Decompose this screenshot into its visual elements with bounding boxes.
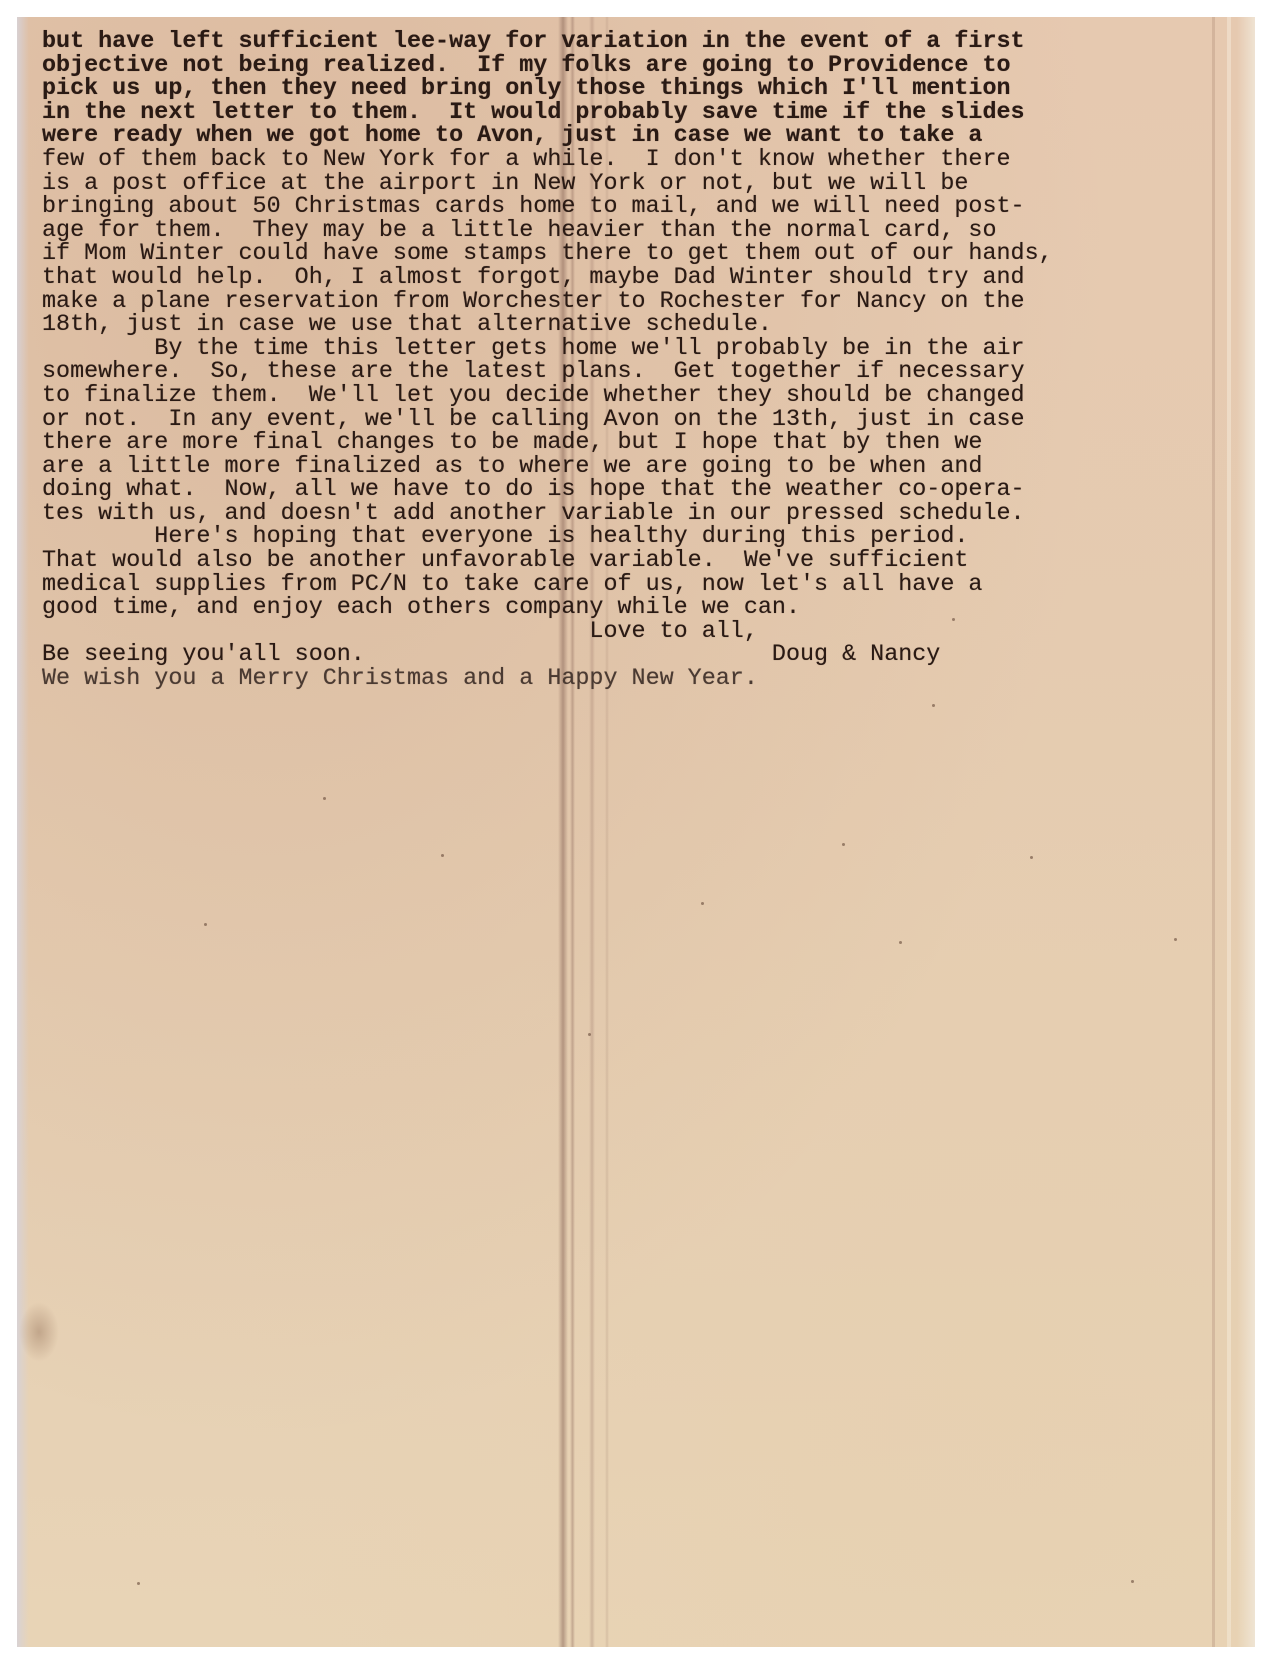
paragraph-start-line: By the time this letter gets home we'll … bbox=[42, 338, 1053, 362]
paragraph-start-line: Here's hoping that everyone is healthy d… bbox=[42, 526, 1053, 550]
body-line: or not. In any event, we'll be calling A… bbox=[42, 409, 1053, 433]
letter-page: but have left sufficient lee-way for var… bbox=[17, 17, 1255, 1647]
body-line: is a post office at the airport in New Y… bbox=[42, 173, 1053, 197]
body-line: doing what. Now, all we have to do is ho… bbox=[42, 479, 1053, 503]
body-line: medical supplies from PC/N to take care … bbox=[42, 574, 1053, 598]
paper-speck bbox=[1030, 856, 1033, 859]
fold-crease bbox=[1212, 17, 1215, 1647]
paper-speck bbox=[441, 854, 444, 857]
body-line: age for them. They may be a little heavi… bbox=[42, 220, 1053, 244]
body-line: bringing about 50 Christmas cards home t… bbox=[42, 196, 1053, 220]
body-line: in the next letter to them. It would pro… bbox=[42, 102, 1053, 126]
body-line: that would help. Oh, I almost forgot, ma… bbox=[42, 267, 1053, 291]
paper-speck bbox=[1174, 938, 1177, 941]
paper-right-edge bbox=[1237, 17, 1255, 1647]
body-line: tes with us, and doesn't add another var… bbox=[42, 503, 1053, 527]
paper-speck bbox=[588, 1033, 591, 1036]
body-line: pick us up, then they need bring only th… bbox=[42, 78, 1053, 102]
farewell-and-signature: Be seeing you'all soon. Doug & Nancy bbox=[42, 644, 1053, 668]
body-line: good time, and enjoy each others company… bbox=[42, 597, 1053, 621]
body-line: are a little more finalized as to where … bbox=[42, 456, 1053, 480]
closing-salutation: Love to all, bbox=[42, 621, 1053, 645]
body-line: if Mom Winter could have some stamps the… bbox=[42, 243, 1053, 267]
paper-speck bbox=[701, 902, 704, 905]
body-line: objective not being realized. If my folk… bbox=[42, 55, 1053, 79]
body-line: somewhere. So, these are the latest plan… bbox=[42, 361, 1053, 385]
body-line: few of them back to New York for a while… bbox=[42, 149, 1053, 173]
paper-speck bbox=[842, 843, 845, 846]
body-line: were ready when we got home to Avon, jus… bbox=[42, 125, 1053, 149]
paper-speck bbox=[899, 941, 902, 944]
body-line: to finalize them. We'll let you decide w… bbox=[42, 385, 1053, 409]
body-line: make a plane reservation from Worchester… bbox=[42, 291, 1053, 315]
paper-speck bbox=[137, 1582, 140, 1585]
postscript-greeting: We wish you a Merry Christmas and a Happ… bbox=[42, 668, 1053, 692]
fold-crease bbox=[1227, 17, 1231, 1647]
letter-text: but have left sufficient lee-way for var… bbox=[42, 31, 1053, 692]
paper-speck bbox=[1131, 1580, 1134, 1583]
paper-stain bbox=[19, 1302, 59, 1362]
paper-speck bbox=[932, 704, 935, 707]
body-line: but have left sufficient lee-way for var… bbox=[42, 31, 1053, 55]
paper-left-edge bbox=[17, 17, 29, 1647]
paper-speck bbox=[323, 797, 326, 800]
body-line: That would also be another unfavorable v… bbox=[42, 550, 1053, 574]
paper-speck bbox=[204, 923, 207, 926]
body-line: there are more final changes to be made,… bbox=[42, 432, 1053, 456]
body-line: 18th, just in case we use that alternati… bbox=[42, 314, 1053, 338]
